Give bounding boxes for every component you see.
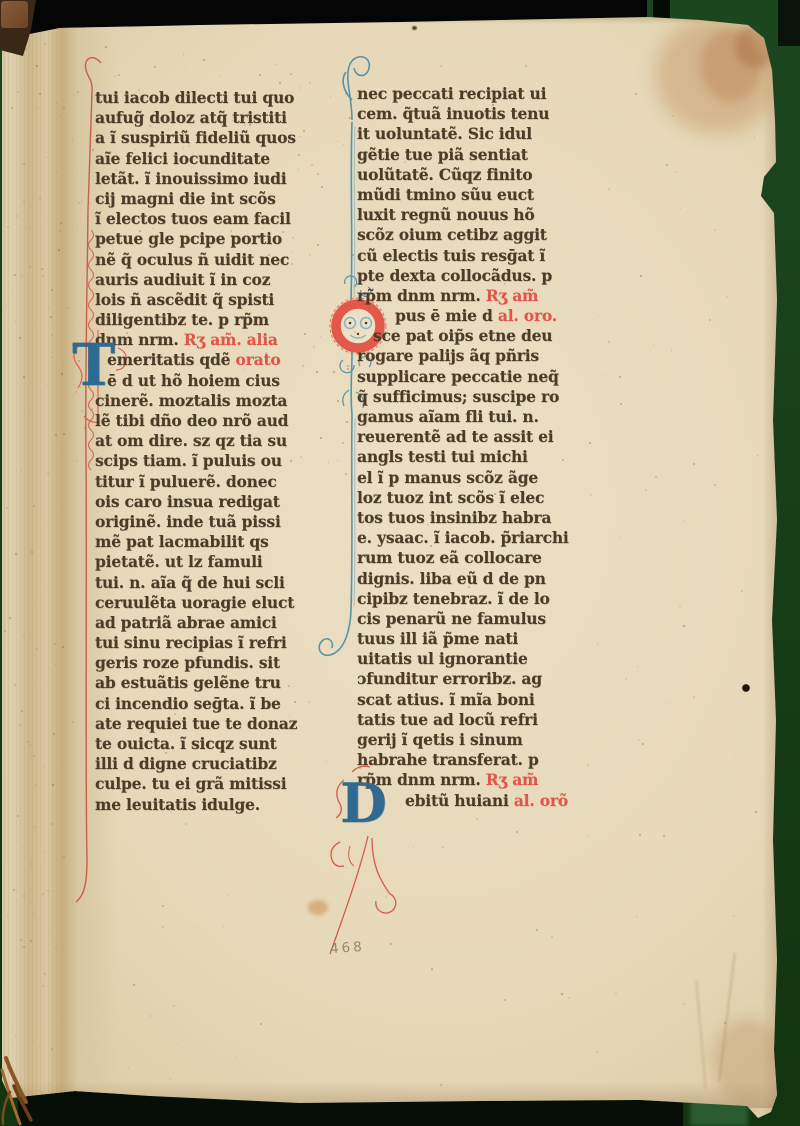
text-line: emeritatis qdẽ orato	[95, 350, 347, 370]
text-line: pte dexta collocãdus. p	[357, 266, 649, 286]
text-segment: pte dexta collocãdus. p	[357, 266, 552, 285]
text-segment: uolũtatẽ. Cũqz finito	[357, 165, 532, 184]
text-segment: tui iacob dilecti tui quo	[95, 88, 294, 107]
text-segment: rogare palijs ãq pñris	[357, 346, 539, 365]
text-segment: cinerẽ. moztalis mozta	[95, 391, 287, 410]
text-line: lẽ tibi dño deo nrõ aud	[95, 411, 347, 431]
text-segment: pietatẽ. ut lz famuli	[95, 552, 262, 571]
text-line: geris roze pfundis. sit	[95, 653, 347, 673]
page-edge-right	[762, 0, 778, 1126]
text-column-left: tui iacob dilecti tui quoaufug̃ doloz at…	[95, 88, 347, 815]
text-segment: ab estuãtis gelẽne tru	[95, 673, 281, 692]
text-segment: pus ē mie d	[395, 306, 498, 325]
text-segment: rum tuoz eã collocare	[357, 548, 542, 567]
text-line: rum tuoz eã collocare	[357, 548, 649, 568]
text-line: rp̃m dnm nrm. Rʒ am̃	[357, 770, 649, 790]
text-line: q̃ sufficimus; suscipe ro	[357, 387, 649, 407]
text-line: luxit regnũ nouus hõ	[357, 205, 649, 225]
text-line: aufug̃ doloz atq̃ tristiti	[95, 108, 347, 128]
text-segment: q̃ sufficimus; suscipe ro	[357, 387, 559, 406]
text-segment: ad patriã abrae amici	[95, 613, 277, 632]
text-segment: aufug̃ doloz atq̃ tristiti	[95, 108, 287, 127]
text-line: tui. n. aĩa q̃ de hui scli	[95, 573, 347, 593]
text-segment: scat atius. ĩ mĩa boni	[357, 690, 535, 709]
text-segment: nẽ q̃ oculus ñ uidit nec	[95, 250, 289, 269]
text-segment: scõz oium cetibz aggit	[357, 225, 547, 244]
text-segment: tui. n. aĩa q̃ de hui scli	[95, 573, 285, 592]
text-line: nec peccati recipiat ui	[357, 84, 649, 104]
rubric-segment: orato	[236, 350, 281, 369]
text-segment: me leuitatis idulge.	[95, 795, 260, 814]
text-segment: ate requiei tue te donaz	[95, 714, 297, 733]
text-line: ate requiei tue te donaz	[95, 714, 347, 734]
text-line: reuerentẽ ad te assit ei	[357, 427, 649, 447]
text-segment: tatis tue ad locũ refri	[357, 710, 538, 729]
text-line: sce pat oip̃s etne deu	[357, 326, 649, 346]
text-segment: sce pat oip̃s etne deu	[373, 326, 552, 345]
manuscript-page: tui iacob dilecti tui quoaufug̃ doloz at…	[0, 0, 800, 1126]
text-segment: lois ñ ascẽdit q̃ spisti	[95, 290, 274, 309]
text-line: te ouicta. ĩ sicqz sunt	[95, 734, 347, 754]
initial-d: D	[340, 776, 387, 830]
text-line: tuus ill iã p̃me nati	[357, 629, 649, 649]
text-line: lois ñ ascẽdit q̃ spisti	[95, 290, 347, 310]
text-segment: gamus aĩam fli tui. n.	[357, 407, 539, 426]
text-segment: a ĩ suspiriũ fideliũ quos	[95, 128, 296, 147]
text-line: uolũtatẽ. Cũqz finito	[357, 165, 649, 185]
text-segment: cij magni die int scõs	[95, 189, 276, 208]
text-segment: uitatis ul ignorantie	[357, 649, 528, 668]
text-segment: cis penarũ ne famulus	[357, 609, 546, 628]
text-line: loz tuoz int scõs ĩ elec	[357, 488, 649, 508]
text-line: ebitũ huiani al. orõ	[357, 791, 649, 811]
initial-t: T	[72, 336, 115, 394]
text-segment: angls testi tui michi	[357, 447, 528, 466]
text-segment: lẽ tibi dño deo nrõ aud	[95, 411, 288, 430]
text-line: el ĩ p manus scõz ãge	[357, 468, 649, 488]
corner-shadow	[778, 0, 800, 46]
folio-number: 468	[329, 939, 365, 957]
text-segment: reuerentẽ ad te assit ei	[357, 427, 553, 446]
text-line: ceruulẽta uoragie eluct	[95, 593, 347, 613]
text-line: pietatẽ. ut lz famuli	[95, 552, 347, 572]
stain-corner-tip	[735, 24, 777, 68]
text-line: diligentibz te. p rp̃m	[95, 310, 347, 330]
photo-of-manuscript: { "folio": "468", "colors": { "parchment…	[0, 0, 800, 1126]
text-line: aĩe felici iocunditate	[95, 149, 347, 169]
text-line: angls testi tui michi	[357, 447, 649, 467]
page-stack-edges	[0, 0, 58, 1126]
text-line: titur ĩ puluerẽ. donec	[95, 472, 347, 492]
text-segment: aĩe felici iocunditate	[95, 149, 270, 168]
text-segment: loz tuoz int scõs ĩ elec	[357, 488, 544, 507]
text-line: petue gle pcipe portio	[95, 229, 347, 249]
text-segment: mũdi tmino sũu euct	[357, 185, 534, 204]
text-line: cem. q̃tuã inuotis tenu	[357, 104, 649, 124]
text-line: cij magni die int scõs	[95, 189, 347, 209]
text-segment: letãt. ĩ inouissimo iudi	[95, 169, 286, 188]
text-segment: gerij ĩ qetis i sinum	[357, 730, 523, 749]
text-segment: petue gle pcipe portio	[95, 229, 282, 248]
leather-corner-highlight	[1, 1, 28, 28]
text-segment: ĩ electos tuos eam facil	[95, 209, 291, 228]
rubric-segment: alia	[247, 330, 278, 349]
text-segment: tuus ill iã p̃me nati	[357, 629, 518, 648]
text-segment: te ouicta. ĩ sicqz sunt	[95, 734, 277, 753]
stain-small	[308, 900, 328, 915]
text-line: rp̃m dnm nrm. Rʒ am̃	[357, 286, 649, 306]
text-segment: habrahe transferat. p	[357, 750, 539, 769]
text-line: scat atius. ĩ mĩa boni	[357, 690, 649, 710]
text-line: ɔfunditur erroribz. ag	[357, 669, 649, 689]
text-line: me leuitatis idulge.	[95, 795, 347, 815]
text-segment: originẽ. inde tuã pissi	[95, 512, 281, 531]
parchment-crease	[695, 980, 707, 1090]
text-line: originẽ. inde tuã pissi	[95, 512, 347, 532]
text-column-right: nec peccati recipiat uicem. q̃tuã inuoti…	[357, 84, 649, 811]
text-line: mũdi tmino sũu euct	[357, 185, 649, 205]
text-segment: cem. q̃tuã inuotis tenu	[357, 104, 549, 123]
text-line: gerij ĩ qetis i sinum	[357, 730, 649, 750]
text-segment: supplicare peccatie neq̃	[357, 367, 559, 386]
text-line: nẽ q̃ oculus ñ uidit nec	[95, 250, 347, 270]
text-segment: ci incendio seḡta. ĩ be	[95, 694, 281, 713]
text-line: habrahe transferat. p	[357, 750, 649, 770]
text-segment: cũ electis tuis resḡat ĩ	[357, 246, 545, 265]
text-segment: at om dire. sz qz tia su	[95, 431, 287, 450]
text-line: supplicare peccatie neq̃	[357, 367, 649, 387]
text-segment: tui sinu recipias ĩ refri	[95, 633, 287, 652]
text-line: ĩ electos tuos eam facil	[95, 209, 347, 229]
text-line: ab estuãtis gelẽne tru	[95, 673, 347, 693]
text-line: auris audiuit ĩ in coz	[95, 270, 347, 290]
penwork-flourish-center-pale	[354, 126, 355, 606]
text-line: e. ysaac. ĩ iacob. p̃riarchi	[357, 528, 649, 548]
text-segment: nec peccati recipiat ui	[357, 84, 546, 103]
text-line: ci incendio seḡta. ĩ be	[95, 694, 347, 714]
text-segment: ē d ut hõ hoiem cius	[107, 371, 280, 390]
text-segment: geris roze pfundis. sit	[95, 653, 280, 672]
text-line: scõz oium cetibz aggit	[357, 225, 649, 245]
text-line: gẽtie tue piã sentiat	[357, 145, 649, 165]
text-line: mẽ pat lacmabilit qs	[95, 532, 347, 552]
text-line: uitatis ul ignorantie	[357, 649, 649, 669]
ink-speck	[412, 26, 417, 30]
text-line: illi d digne cruciatibz	[95, 754, 347, 774]
text-segment: culpe. tu ei grã mitissi	[95, 774, 286, 793]
text-line: a ĩ suspiriũ fideliũ quos	[95, 128, 347, 148]
text-line: tos tuos insinibz habra	[357, 508, 649, 528]
text-line: ois caro insua redigat	[95, 492, 347, 512]
text-line: culpe. tu ei grã mitissi	[95, 774, 347, 794]
text-segment: el ĩ p manus scõz ãge	[357, 468, 538, 487]
text-line: ad patriã abrae amici	[95, 613, 347, 633]
text-segment: e. ysaac. ĩ iacob. p̃riarchi	[357, 528, 569, 547]
text-segment: gẽtie tue piã sentiat	[357, 145, 528, 164]
text-segment: auris audiuit ĩ in coz	[95, 270, 270, 289]
text-segment: ois caro insua redigat	[95, 492, 280, 511]
text-line: scips tiam. ĩ puluis ou	[95, 451, 347, 471]
text-line: letãt. ĩ inouissimo iudi	[95, 169, 347, 189]
wormhole-dot	[742, 684, 750, 692]
text-line: dnm nrm. Rʒ am̃. alia	[95, 330, 347, 350]
text-segment: cipibz tenebraz. ĩ de lo	[357, 589, 550, 608]
text-segment: diligentibz te. p rp̃m	[95, 310, 269, 329]
text-segment: scips tiam. ĩ puluis ou	[95, 451, 282, 470]
text-segment: luxit regnũ nouus hõ	[357, 205, 535, 224]
rubric-segment: Rʒ am̃	[486, 286, 539, 305]
text-segment: tos tuos insinibz habra	[357, 508, 551, 527]
rubric-segment: Rʒ am̃.	[184, 330, 247, 349]
text-line: pus ē mie d al. oro.	[357, 306, 649, 326]
rubric-segment: al. oro.	[498, 306, 557, 325]
text-line: tatis tue ad locũ refri	[357, 710, 649, 730]
rubric-segment: al. orõ	[514, 791, 568, 810]
text-line: cis penarũ ne famulus	[357, 609, 649, 629]
text-segment: emeritatis qdẽ	[107, 350, 236, 369]
text-segment: dignis. liba eũ d de pn	[357, 569, 546, 588]
text-segment: ceruulẽta uoragie eluct	[95, 593, 294, 612]
text-segment: rp̃m dnm nrm.	[357, 286, 486, 305]
text-line: cinerẽ. moztalis mozta	[95, 391, 347, 411]
text-line: cipibz tenebraz. ĩ de lo	[357, 589, 649, 609]
parchment-crease	[718, 952, 736, 1081]
text-line: rogare palijs ãq pñris	[357, 346, 649, 366]
text-segment: illi d digne cruciatibz	[95, 754, 277, 773]
text-line: tui iacob dilecti tui quo	[95, 88, 347, 108]
text-segment: titur ĩ puluerẽ. donec	[95, 472, 277, 491]
text-line: gamus aĩam fli tui. n.	[357, 407, 649, 427]
text-segment: ebitũ huiani	[405, 791, 514, 810]
text-segment: mẽ pat lacmabilit qs	[95, 532, 269, 551]
text-line: dignis. liba eũ d de pn	[357, 569, 649, 589]
stain-top-right-inner	[700, 28, 762, 102]
text-segment: ɔfunditur erroribz. ag	[357, 669, 542, 688]
text-line: tui sinu recipias ĩ refri	[95, 633, 347, 653]
text-segment: it uoluntatẽ. Sic idul	[357, 124, 532, 143]
text-line: it uoluntatẽ. Sic idul	[357, 124, 649, 144]
text-line: ē d ut hõ hoiem cius	[95, 371, 347, 391]
text-line: at om dire. sz qz tia su	[95, 431, 347, 451]
text-line: cũ electis tuis resḡat ĩ	[357, 246, 649, 266]
rubric-segment: Rʒ am̃	[486, 770, 539, 789]
